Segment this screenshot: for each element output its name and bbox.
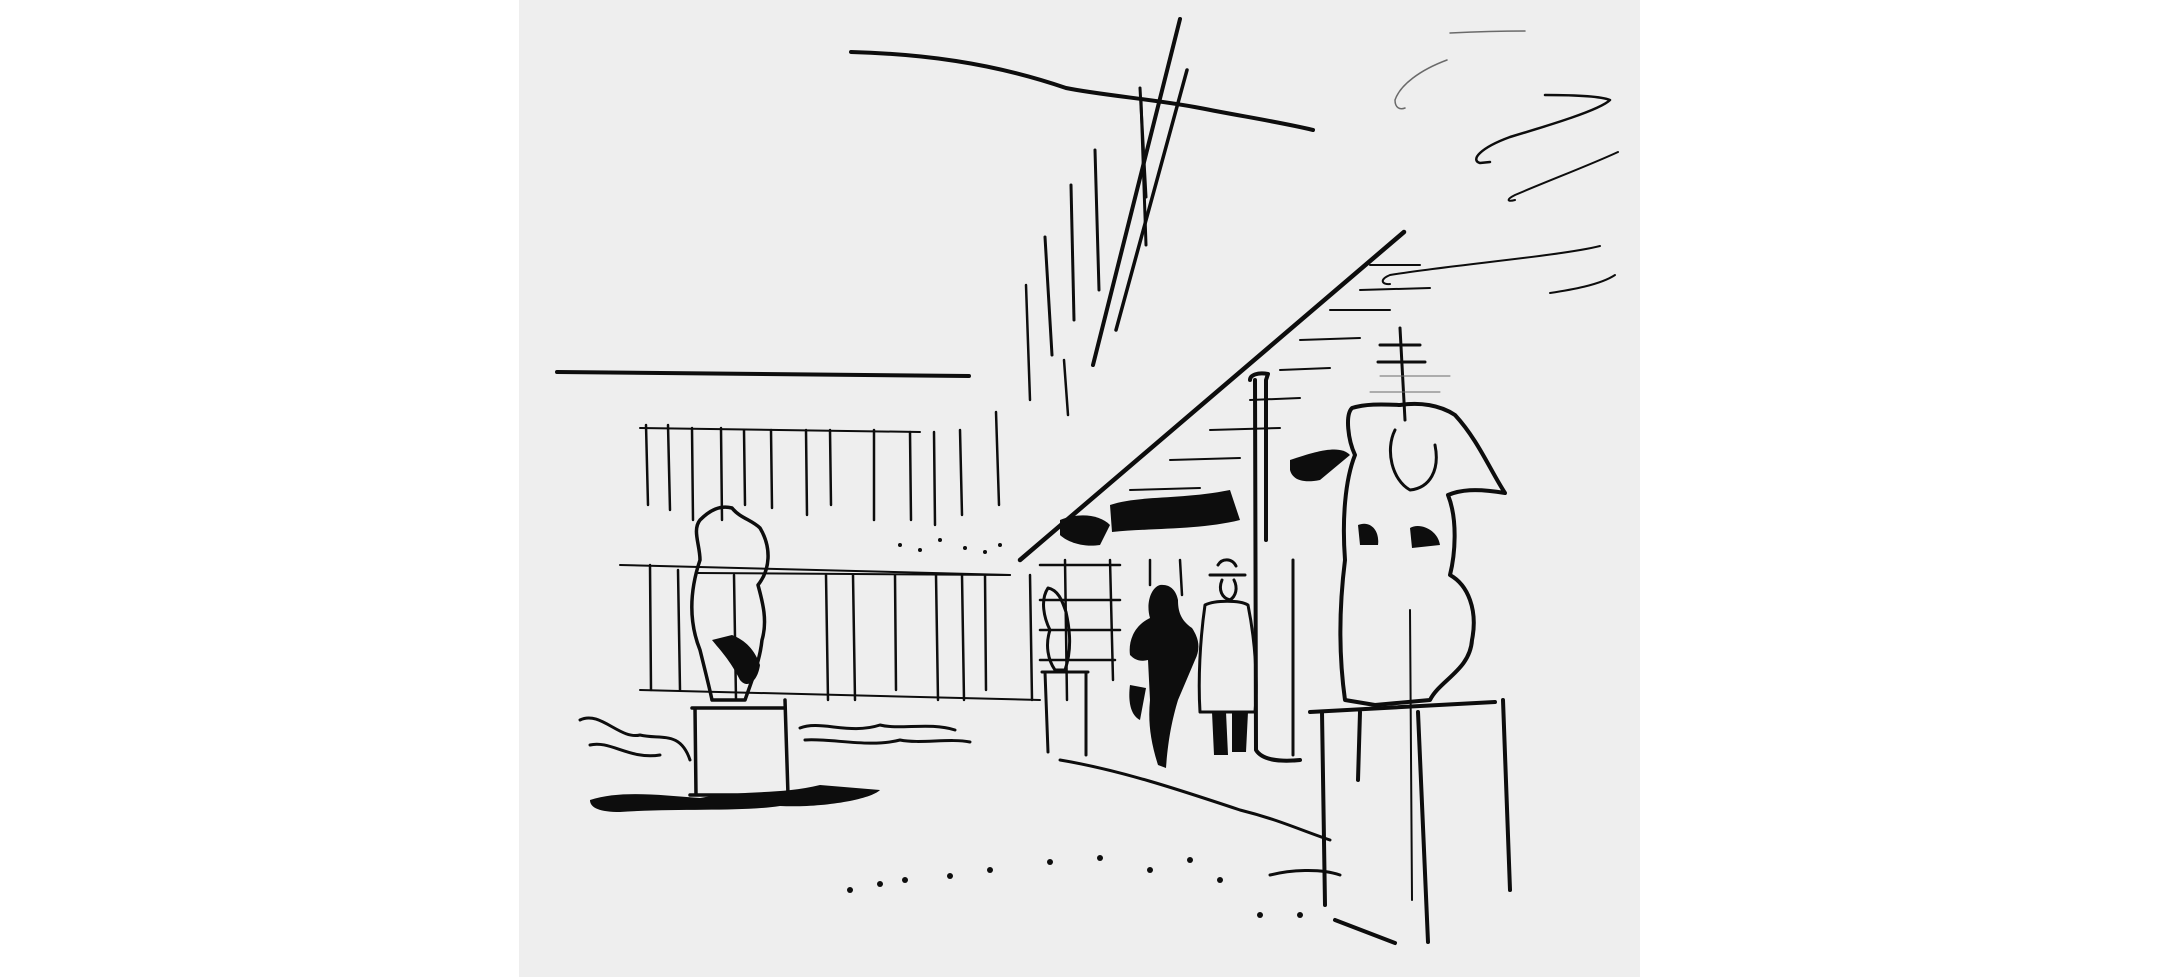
ink-sketch-artwork [0, 0, 2160, 977]
